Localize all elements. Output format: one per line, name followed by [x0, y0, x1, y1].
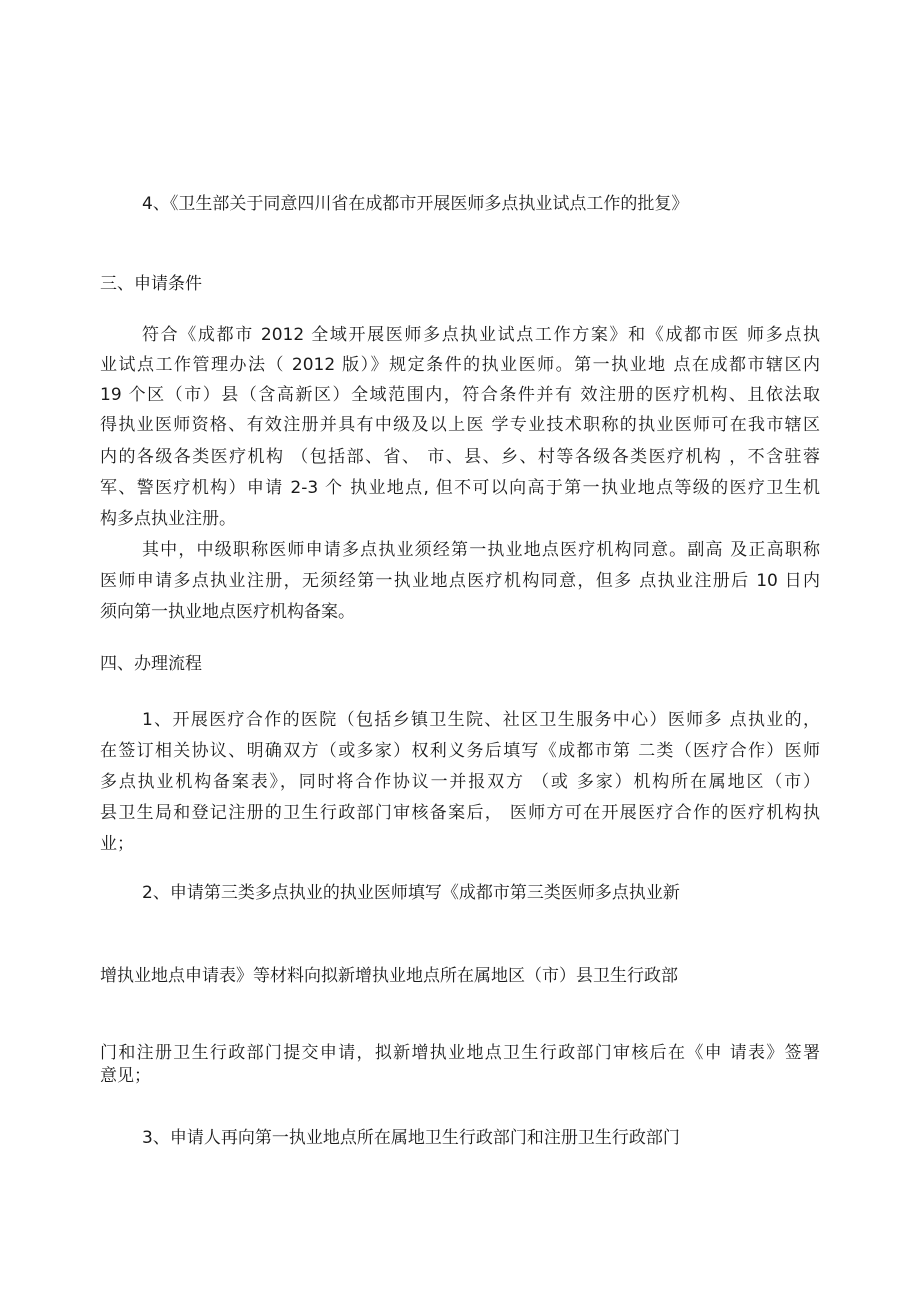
paragraph-conditions-line-6: 军、警医疗机构）申请 2-3 个 执业地点, 但不可以向高于第一执业地点等级的医… — [100, 477, 820, 499]
section-heading-procedure: 四、办理流程 — [100, 653, 820, 675]
step-1-line-4: 县卫生局和登记注册的卫生行政部门审核备案后， 医师方可在开展医疗合作的医疗机构执 — [100, 802, 820, 824]
step-2-line-3: 门和注册卫生行政部门提交申请，拟新增执业地点卫生行政部门审核后在《申 请表》签署 — [100, 1042, 820, 1064]
document-page: 4、《卫生部关于同意四川省在成都市开展医师多点执业试点工作的批复》 三、申请条件… — [0, 0, 920, 1303]
paragraph-conditions-line-5: 内的各级各类医疗机构 （包括部、省、 市、县、乡、村等各级各类医疗机构 ，不含驻… — [100, 446, 820, 468]
step-3-line-1: 3、申请人再向第一执业地点所在属地卫生行政部门和注册卫生行政部门 — [142, 1127, 820, 1149]
step-1-line-2: 在签订相关协议、明确双方（或多家）权利义务后填写《成都市第 二类（医疗合作）医师 — [100, 740, 820, 762]
paragraph-conditions-line-2: 业试点工作管理办法（ 2012 版）》规定条件的执业医师。第一执业地 点在成都市… — [100, 354, 820, 376]
step-1-line-1: 1、开展医疗合作的医院（包括乡镇卫生院、社区卫生服务中心）医师多 点执业的， — [142, 709, 820, 731]
reference-item-4: 4、《卫生部关于同意四川省在成都市开展医师多点执业试点工作的批复》 — [142, 193, 820, 215]
paragraph-conditions-line-1: 符合《成都市 2012 全域开展医师多点执业试点工作方案》和《成都市医 师多点执 — [142, 324, 820, 346]
step-2-line-4: 意见； — [100, 1065, 820, 1087]
step-1-line-3: 多点执业机构备案表》，同时将合作协议一并报双方 （或 多家）机构所在属地区（市） — [100, 771, 820, 793]
paragraph-title-rules-line-3: 须向第一执业地点医疗机构备案。 — [100, 601, 820, 623]
section-heading-application-conditions: 三、申请条件 — [100, 273, 820, 295]
paragraph-conditions-line-7: 构多点执业注册。 — [100, 508, 820, 530]
paragraph-title-rules-line-2: 医师申请多点执业注册，无须经第一执业地点医疗机构同意，但多 点执业注册后 10 … — [100, 570, 820, 592]
paragraph-conditions-line-4: 得执业医师资格、有效注册并具有中级及以上医 学专业技术职称的执业医师可在我市辖区 — [100, 414, 820, 436]
step-1-line-5: 业； — [100, 833, 820, 855]
step-2-line-1: 2、申请第三类多点执业的执业医师填写《成都市第三类医师多点执业新 — [142, 882, 820, 904]
paragraph-title-rules-line-1: 其中，中级职称医师申请多点执业须经第一执业地点医疗机构同意。副高 及正高职称 — [142, 539, 820, 561]
paragraph-conditions-line-3: 19 个区（市）县（含高新区）全域范围内，符合条件并有 效注册的医疗机构、且依法… — [100, 384, 820, 406]
step-2-line-2: 增执业地点申请表》等材料向拟新增执业地点所在属地区（市）县卫生行政部 — [100, 965, 820, 987]
